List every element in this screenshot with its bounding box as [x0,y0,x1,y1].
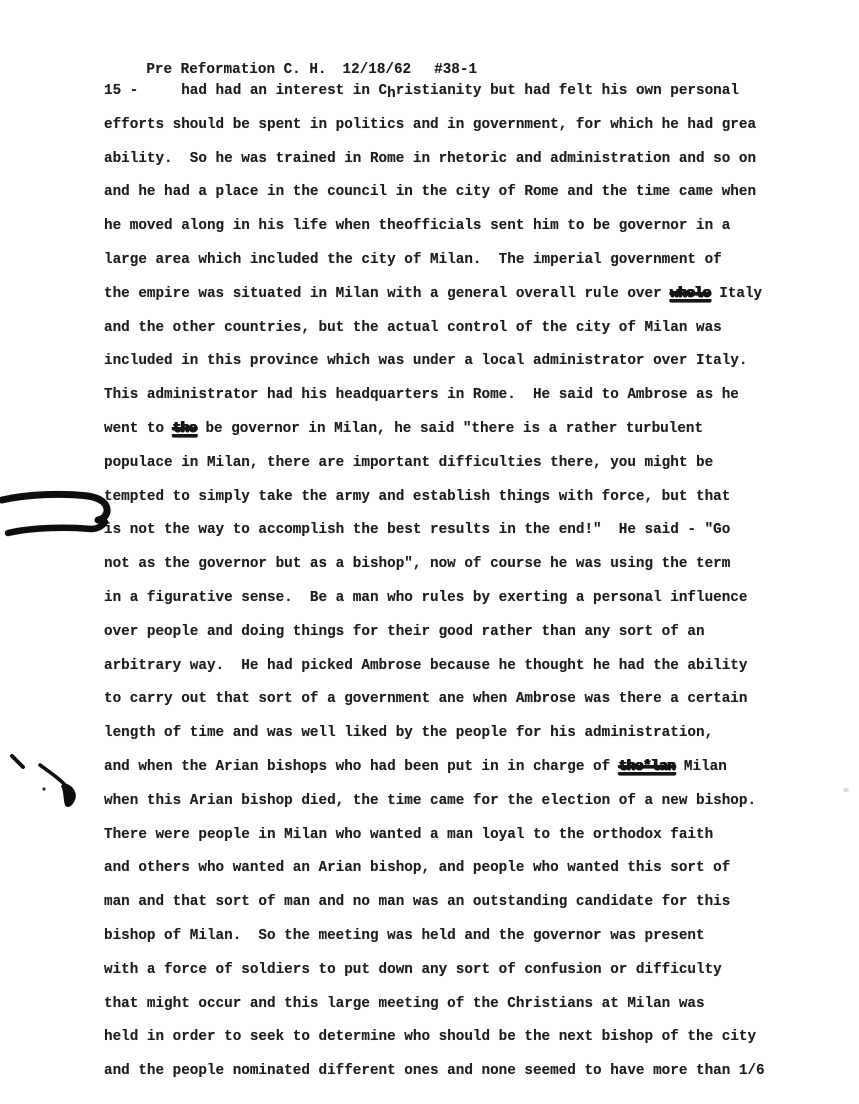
text-line: and the other countries, but the actual … [104,312,804,346]
text-line: and others who wanted an Arian bishop, a… [104,852,804,886]
text-line: and he had a place in the council in the… [104,176,804,210]
text-line: length of time and was well liked by the… [104,717,804,751]
text-line: held in order to seek to determine who s… [104,1021,804,1055]
text-segment: to carry out that sort of a government a… [104,691,747,707]
bracket-bottom-stroke [8,522,105,533]
text-line: with a force of soldiers to put down any… [104,954,804,988]
text-segment: ristianity but had felt his own personal [396,83,739,99]
text-segment: held in order to seek to determine who s… [104,1029,756,1045]
text-segment: 15 - had had an interest in C [104,83,387,99]
text-line: is not the way to accomplish the best re… [104,514,804,548]
text-segment: and when the Arian bishops who had been … [104,759,619,775]
text-line: to carry out that sort of a government a… [104,683,804,717]
text-line: he moved along in his life when theoffic… [104,210,804,244]
text-line: bishop of Milan. So the meeting was held… [104,920,804,954]
text-segment: with a force of soldiers to put down any… [104,962,722,978]
text-segment: not as the governor but as a bishop", no… [104,556,730,572]
text-segment: included in this province which was unde… [104,353,747,369]
comma-hook-mark [61,783,76,807]
text-segment: over people and doing things for their g… [104,624,705,640]
text-segment: This administrator had his headquarters … [104,387,739,403]
short-check-stroke [12,756,23,767]
text-segment: he moved along in his life when theoffic… [104,218,730,234]
body-lines: 15 - had had an interest in Christianity… [104,75,804,1089]
margin-strokes-annotation [12,756,76,807]
text-segment: and the other countries, but the actual … [104,320,722,336]
text-line: and the people nominated different ones … [104,1055,804,1089]
text-segment: Italy [711,286,762,302]
ink-dot [42,787,45,790]
text-segment: ability. So he was trained in Rome in rh… [104,151,756,167]
text-line: large area which included the city of Mi… [104,244,804,278]
struck-out-word: whole [670,286,710,302]
text-line: over people and doing things for their g… [104,616,804,650]
text-segment: large area which included the city of Mi… [104,252,722,268]
margin-bracket-annotation [2,494,107,533]
text-segment: arbitrary way. He had picked Ambrose bec… [104,658,747,674]
text-line: the empire was situated in Milan with a … [104,278,804,312]
text-segment: bishop of Milan. So the meeting was held… [104,928,705,944]
bracket-top-stroke [2,494,107,520]
text-line: not as the governor but as a bishop", no… [104,548,804,582]
text-segment: and others who wanted an Arian bishop, a… [104,860,730,876]
text-line: went to the be governor in Milan, he sai… [104,413,804,447]
text-segment: and the people nominated different ones … [104,1063,765,1079]
long-diagonal-stroke [40,765,67,787]
text-segment: and he had a place in the council in the… [104,184,756,200]
text-segment: There were people in Milan who wanted a … [104,827,713,843]
faint-right-smudge [843,788,849,792]
document-page: Pre Reformation C. H.12/18/62#38-1 15 - … [0,0,859,1104]
text-segment: efforts should be spent in politics and … [104,117,756,133]
text-segment: went to [104,421,173,437]
text-segment: in a figurative sense. Be a man who rule… [104,590,747,606]
text-segment: when this Arian bishop died, the time ca… [104,793,756,809]
struck-out-word: the*lan [619,759,676,775]
text-line: This administrator had his headquarters … [104,379,804,413]
text-segment: man and that sort of man and no man was … [104,894,730,910]
text-line: 15 - had had an interest in Christianity… [104,75,804,109]
text-segment: that might occur and this large meeting … [104,996,705,1012]
struck-out-word: the [173,421,197,437]
text-line: that might occur and this large meeting … [104,988,804,1022]
text-line: included in this province which was unde… [104,345,804,379]
text-segment: populace in Milan, there are important d… [104,455,713,471]
text-line: arbitrary way. He had picked Ambrose bec… [104,650,804,684]
text-line: ability. So he was trained in Rome in rh… [104,143,804,177]
text-line: populace in Milan, there are important d… [104,447,804,481]
text-segment: tempted to simply take the army and esta… [104,489,730,505]
text-line: and when the Arian bishops who had been … [104,751,804,785]
text-line: There were people in Milan who wanted a … [104,819,804,853]
text-line: man and that sort of man and no man was … [104,886,804,920]
text-segment: Milan [675,759,726,775]
text-segment: be governor in Milan, he said "there is … [197,421,703,437]
text-line: when this Arian bishop died, the time ca… [104,785,804,819]
text-segment: is not the way to accomplish the best re… [104,522,730,538]
text-segment: the empire was situated in Milan with a … [104,286,670,302]
text-line: tempted to simply take the army and esta… [104,481,804,515]
text-line: efforts should be spent in politics and … [104,109,804,143]
text-segment: h [387,78,396,112]
text-segment: length of time and was well liked by the… [104,725,713,741]
text-line: in a figurative sense. Be a man who rule… [104,582,804,616]
